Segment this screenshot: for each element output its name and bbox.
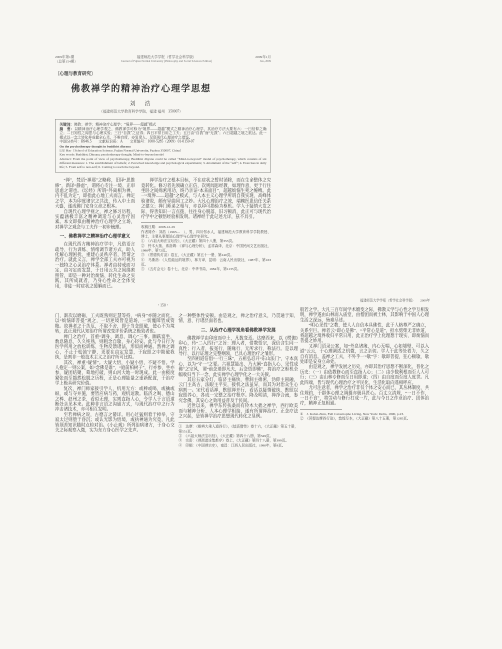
running-journal-name: 福建师范大学学报（哲学社会科学版） [360, 299, 415, 303]
col2-paragraphs: 禅学治疗之根本目标，不在症状之暂时消除，而在生命整体之究竟转化。修习者先须确立正… [141, 178, 271, 220]
paragraph: ④ 马斯洛：《人性能达的境界》，林方译，昆明：云南人民出版社，1987年，第16… [141, 258, 271, 267]
paragraph: 复次，禅门师家接引学人，机用无方：或棒或喝，或擒或纵，或与夺并施，要皆应病与药，… [55, 386, 175, 412]
article-title: 佛教禅学的精神治疗心理学思想 [55, 82, 227, 95]
paragraph: 之一种整体性安顿。由是观之，禅之治疗意义，乃贯通于知、情、意、行诸层面者也。 [179, 313, 299, 323]
page152-paragraphs: 般若之学。大凡三百年间学术嬗变之际，佛教义学与心性之学互相发明，禅学遂由山林而入… [300, 307, 429, 406]
paragraph: 自现代心理学视之，禅之修习历程，实蕴涵极丰富之精神调适与心灵治疗因素。本文即拟由… [55, 209, 135, 230]
page151-body: 门，渐次以磨砺，工夫既熟则定慧等持，“病身”亦随之而化。以“烦恼即菩提”观之，一… [55, 313, 298, 548]
col1-section-paragraphs: 在现代西方精神治疗学中，凡借语言疏导、行为训练、情绪调节诸方式，助人化解心理困扰… [55, 242, 135, 289]
journal-header-issue: 2009年第1期 （总第154期） [55, 55, 78, 64]
footnote-rule [141, 223, 183, 224]
article-id: 文章编号：1000-5285（2009）01-0150-07 [130, 140, 195, 144]
author-affiliation: （福建师范大学教育科学学院，福建 福州 350007） [55, 109, 227, 114]
paragraph: 佛教禅学由印度而中土，凡数变焉。达摩西来，以《楞伽》印心，传“二入四行”之旨：理… [179, 335, 299, 356]
abstract-text: 以精神治疗心理学观之，佛教禅学可称为“境界——超越”模式之精神治疗心理学，其治疗… [60, 127, 267, 140]
paragraph: 至四祖道信倡“一行三昧”，五祖弘忍开“东山法门”，守本真心，以为“守一”之要。六… [179, 356, 299, 377]
abstract-row: 摘 要：以精神治疗心理学观之，佛教禅学可称为“境界——超越”模式之精神治疗心理学… [60, 127, 267, 140]
paragraph: ① 达摩：《略辨大乘入道四行》，《续高僧传》卷十六，《大正藏》第五十册，第551… [179, 425, 299, 434]
paragraph: 其后五家分灯，临济主痛快，曹洞主绵密，沩仰主圆融，云门主高古，法眼主平实，接机之… [179, 377, 299, 403]
page-151: 门，渐次以磨砺，工夫既熟则定慧等持，“病身”亦随之而化。以“烦恼即菩提”观之，一… [55, 313, 298, 548]
page150-footnotes: 收稿日期：2008-12-29作者简介：刘浩（1963— ），男，四川邻水人，福… [141, 225, 271, 271]
section-rubric: 〔心理与教育研究〕 [55, 70, 271, 77]
page152-running-header: 福建师范大学学报（哲学社会科学版） 2009年 [300, 299, 430, 303]
page151-col1-paragraphs: 门，渐次以磨砺，工夫既熟则定慧等持，“病身”亦随之而化。以“烦恼即菩提”观之，一… [55, 313, 175, 433]
paragraph: 由是观之，禅学发展之历史，亦即其治疗思想不断深化、普化之历史：（一）由依教修心而… [300, 364, 429, 385]
footnote-rule [300, 409, 342, 410]
paragraph: ② 《菩提达摩四行论》，敦煌写本，《大正藏》第八十五册，第1285页。 [300, 417, 429, 422]
meta-row: 中图分类号：B946.5文献标识码：A文章编号：1000-5285（2009）0… [60, 140, 267, 144]
paragraph: 又禅门语录公案，如“外息诸缘，内心无喘，心如墙壁，可以入道”云云，于心理调适之机… [300, 343, 429, 364]
page-number-150: ・150・ [55, 303, 271, 309]
title-block: 佛教禅学的精神治疗心理学思想 刘 浩 （福建师范大学教育科学学院，福建 福州 3… [55, 82, 227, 115]
page151-column-1: 门，渐次以磨砺，工夫既熟则定慧等持，“病身”亦随之而化。以“烦恼即菩提”观之，一… [55, 313, 175, 548]
paragraph: 般若之学。大凡三百年间学术嬗变之际，佛教义学与心性之学互相发明，禅学遂由山林而入… [300, 307, 429, 323]
page150-column-1: “禅”，梵语“禅那”之略称，旧译“思维修”，新译“静虑”，谓将心专注一境、正审思… [55, 178, 135, 302]
paragraph: 其次，禅重“疑情”。大疑大悟，小疑小悟，不疑不悟。学人抱定一则公案，如“念佛是谁… [55, 360, 175, 386]
paragraph: 禅门之治疗，首重“调身、调息、调心”三事。跏趺宴坐，数息随息，久久纯熟，则粗念自… [55, 334, 175, 360]
journal-header-date: 2009年1月 Jan.,2009 [255, 55, 271, 64]
paragraph: 作者简介：刘浩（1963— ），男，四川邻水人，福建师范大学教育科学学院教授、博… [141, 230, 271, 239]
paragraph: “禅”，梵语“禅那”之略称，旧译“思维修”，新译“静虑”，谓将心专注一境、正审思… [55, 178, 135, 209]
page-150: 2009年第1期 （总第154期） 福建师范大学学报（哲学社会科学版） Jour… [55, 55, 271, 305]
paragraph: ⑤ 《五灯会元》卷十七，北京：中华书局，1984年，第1135页。 [141, 267, 271, 272]
scanned-journal-page: 2009年第1期 （总第154期） 福建师范大学学报（哲学社会科学版） Jour… [0, 0, 502, 649]
paragraph: 尤可注意者，禅学之治疗非仅个体之安心而已，其丛林制度、共住规约，于群体心理之调摄… [300, 385, 429, 406]
col1-intro-paragraphs: “禅”，梵语“禅那”之略称，旧译“思维修”，新译“静虑”，谓将心专注一境、正审思… [55, 178, 135, 230]
page151-footnotes: ① 达摩：《略辨大乘入道四行》，《续高僧传》卷十六，《大正藏》第五十册，第551… [179, 425, 299, 448]
paragraph: 至若禅病之说，古德言之綦详。用心过猛则着于掉举，守寂太过则堕于昏沉；或认光影为悟… [55, 412, 175, 433]
paragraph: ④ 印顺：《中国禅宗史》，南昌：江西人民出版社，1990年，第8页。 [179, 443, 299, 448]
section-1-heading: 一、佛教禅学之精神治疗心理学意义 [55, 233, 135, 240]
page151-column-2: 之一种整体性安顿。由是观之，禅之治疗意义，乃贯通于知、情、意、行诸层面者也。 二… [179, 313, 299, 548]
journal-header-name: 福建师范大学学报（哲学社会科学版） Journal of Fujian Norm… [121, 55, 212, 64]
page-152: 福建师范大学学报（哲学社会科学版） 2009年 般若之学。大凡三百年间学术嬗变之… [300, 299, 430, 545]
document-code: 文献标识码：A [99, 140, 123, 144]
footnote-rule [179, 422, 221, 423]
date-en: Jan.,2009 [255, 60, 271, 65]
paragraph: 在现代西方精神治疗学中，凡借语言疏导、行为训练、情绪调节诸方式，助人化解心理困扰… [55, 242, 135, 289]
page150-column-2: 禅学治疗之根本目标，不在症状之暂时消除，而在生命整体之究竟转化。修习者先须确立正… [141, 178, 271, 302]
section-2-heading: 二、从治疗心理学视角看佛教禅学发展 [179, 326, 299, 333]
paragraph: 门，渐次以磨砺，工夫既熟则定慧等持，“病身”亦随之而化。以“烦恼即菩提”观之，一… [55, 313, 175, 334]
article-author: 刘 浩 [55, 100, 227, 108]
paragraph: “明心见性”之教，使人人自信本具佛性，此于人格尊严之确立，关系至巨。禅者云“即心… [300, 323, 429, 344]
page152-footnotes: ① J. Kabat-Zinn, Full Catastrophe Living… [300, 412, 429, 421]
clc-number: 中图分类号：B946.5 [60, 140, 92, 144]
running-year: 2009年 [420, 299, 430, 303]
paragraph: 禅学治疗之根本目标，不在症状之暂时消除，而在生命整体之究竟转化。修习者先须确立正… [141, 178, 271, 220]
issue-total-line: （总第154期） [55, 60, 78, 65]
paragraph: ② 铃木大拙、弗洛姆：《禅与心理分析》，孟祥森译，北京：中国民间文艺出版社，19… [141, 244, 271, 253]
english-abstract: Abstract: From the point of view of psyc… [60, 157, 267, 169]
page152-column: 般若之学。大凡三百年间学术嬗变之际，佛教义学与心性之学互相发明，禅学遂由山林而入… [300, 307, 429, 542]
page151-col2-paragraphs: 佛教禅学由印度而中土，凡数变焉。达摩西来，以《楞伽》印心，传“二入四行”之旨：理… [179, 335, 299, 418]
abstract-box: 关键词：佛教；禅学；精神治疗心理学；“境界——超越”模式 摘 要：以精神治疗心理… [55, 119, 271, 173]
journal-header: 2009年第1期 （总第154期） 福建师范大学学报（哲学社会科学版） Jour… [55, 55, 271, 64]
page151-col2-continuation: 之一种整体性安顿。由是观之，禅之治疗意义，乃贯通于知、情、意、行诸层面者也。 [179, 313, 299, 323]
journal-name-en: Journal of Fujian Normal University (Phi… [121, 60, 212, 65]
paragraph: 近世以来，禅学东传扶桑而有铃木大拙之禅学，西行欧美而与精神分析、人本心理学相接，… [179, 403, 299, 419]
page150-body: “禅”，梵语“禅那”之略称，旧译“思维修”，新译“静虑”，谓将心专注一境、正审思… [55, 178, 271, 302]
